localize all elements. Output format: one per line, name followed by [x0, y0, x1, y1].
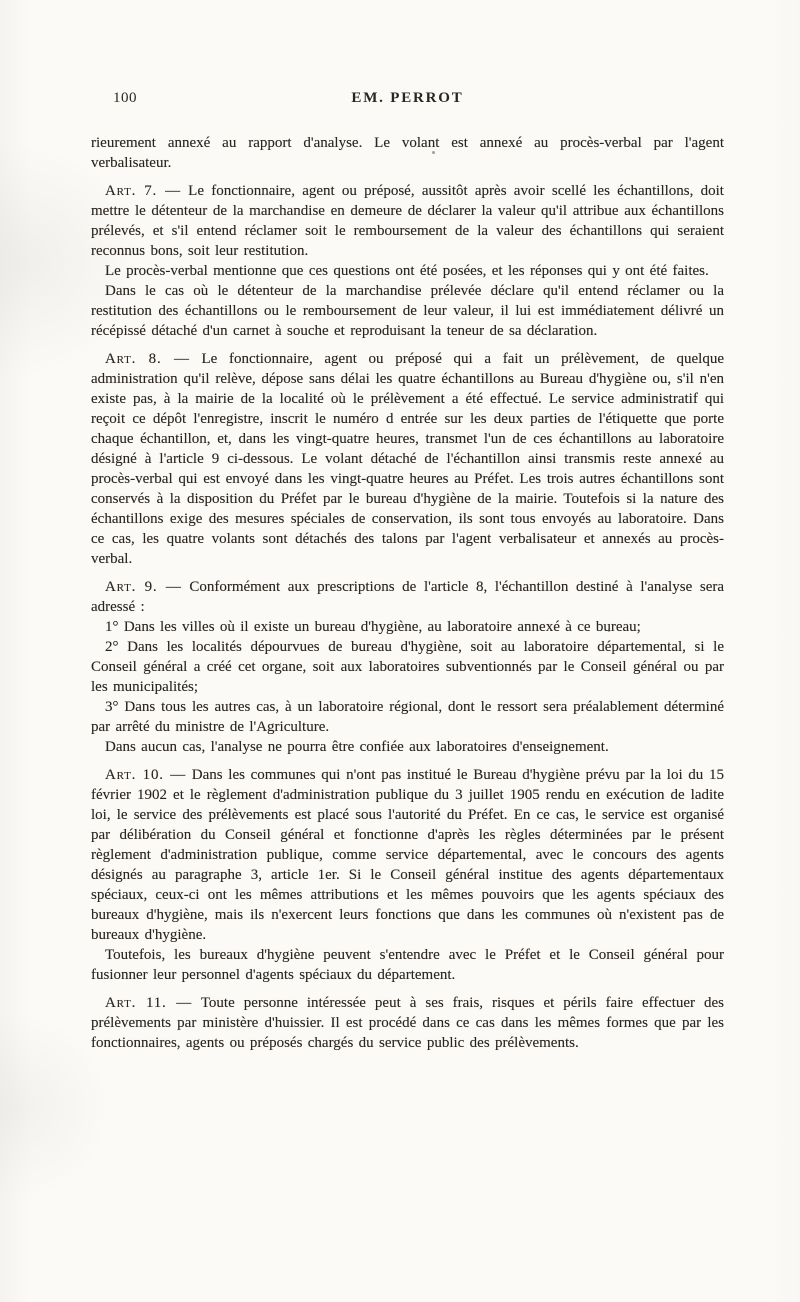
- article-label: Art. 8. —: [105, 351, 190, 367]
- paragraph-article-8: Art. 8. — Le fonctionnaire, agent ou pré…: [91, 349, 724, 569]
- paragraph-text: 2° Dans les localités dépourvues de bure…: [91, 639, 724, 695]
- paragraph-text: rieurement annexé au rapport d'analyse. …: [91, 135, 724, 171]
- running-title: EM. PERROT: [91, 88, 724, 108]
- text-block: 100 EM. PERROT rieurement annexé au rapp…: [91, 88, 724, 1053]
- scanned-book-page: 100 EM. PERROT rieurement annexé au rapp…: [0, 0, 800, 1302]
- paragraph-text: Dans aucun cas, l'analyse ne pourra être…: [105, 739, 609, 755]
- paragraph-text: Le procès-verbal mentionne que ces quest…: [105, 263, 709, 279]
- paragraph-article-10: Art. 10. — Dans les communes qui n'ont p…: [91, 765, 724, 945]
- article-label: Art. 7. —: [105, 183, 181, 199]
- paragraph: Dans le cas où le détenteur de la marcha…: [91, 281, 724, 341]
- list-item-2: 2° Dans les localités dépourvues de bure…: [91, 637, 724, 697]
- paragraph-text: 1° Dans les villes où il existe un burea…: [105, 619, 641, 635]
- paragraph-text: Toutefois, les bureaux d'hygiène peuvent…: [91, 947, 724, 983]
- list-item-3: 3° Dans tous les autres cas, à un labora…: [91, 697, 724, 737]
- paragraph: Toutefois, les bureaux d'hygiène peuvent…: [91, 945, 724, 985]
- paragraph-text: 3° Dans tous les autres cas, à un labora…: [91, 699, 724, 735]
- paragraph-text: Dans le cas où le détenteur de la marcha…: [91, 283, 724, 339]
- paragraph-continuation: rieurement annexé au rapport d'analyse. …: [91, 133, 724, 173]
- list-item-1: 1° Dans les villes où il existe un burea…: [91, 617, 724, 637]
- paragraph-text: Le fonctionnaire, agent ou préposé, auss…: [91, 183, 724, 259]
- paragraph: Dans aucun cas, l'analyse ne pourra être…: [91, 737, 724, 757]
- paragraph-text: Le fonctionnaire, agent ou préposé qui a…: [91, 351, 724, 567]
- article-label: Art. 10. —: [105, 767, 186, 783]
- paragraph-text: Conformément aux prescriptions de l'arti…: [91, 579, 724, 615]
- article-label: Art. 9. —: [105, 579, 182, 595]
- running-head: 100 EM. PERROT: [91, 88, 724, 108]
- paragraph-article-7: Art. 7. — Le fonctionnaire, agent ou pré…: [91, 181, 724, 261]
- paragraph-article-11: Art. 11. — Toute personne intéressée peu…: [91, 993, 724, 1053]
- article-label: Art. 11. —: [105, 995, 192, 1011]
- paragraph-article-9: Art. 9. — Conformément aux prescriptions…: [91, 577, 724, 617]
- paragraph: Le procès-verbal mentionne que ces quest…: [91, 261, 724, 281]
- paragraph-text: Dans les communes qui n'ont pas institué…: [91, 767, 724, 943]
- page-number: 100: [113, 88, 137, 108]
